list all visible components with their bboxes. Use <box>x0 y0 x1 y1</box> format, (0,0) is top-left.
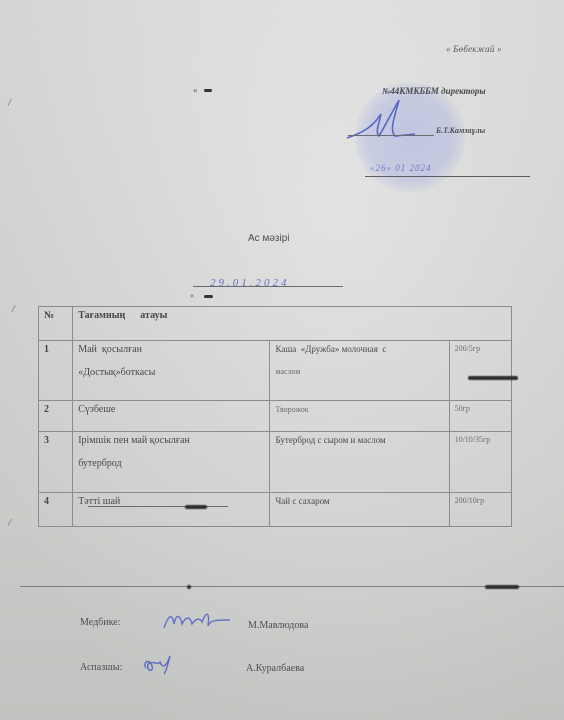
director-signature-icon <box>345 96 425 146</box>
document-title: Ас мәзірі <box>248 233 289 244</box>
signature-line <box>348 135 434 136</box>
approval-date: «26» 01 2024 <box>370 163 432 173</box>
portion-size: 10/10/35гр <box>449 432 511 493</box>
row-number: 2 <box>39 401 73 432</box>
approval-organization: « Бөбекжай » <box>446 44 502 54</box>
row-number: 3 <box>39 432 73 493</box>
dish-name-kk: Май қосылған«Достық»боткасы <box>73 341 270 401</box>
table-row: 1 Май қосылған«Достық»боткасы Каша «Друж… <box>39 341 512 401</box>
approval-role: №44КМКББМ директоры <box>382 86 486 96</box>
header-number: № <box>39 307 73 341</box>
cook-name: А.Куралбаева <box>246 663 304 674</box>
portion-size: 50гр <box>449 401 511 432</box>
margin-mark: / <box>8 98 11 109</box>
divider-line <box>20 586 564 587</box>
dish-name-ru: Бутерброд с сыром и маслом <box>270 432 449 493</box>
menu-quote-mark: « <box>190 291 213 300</box>
dish-name-kk: Тәтті шай <box>73 493 270 527</box>
ink-smudge <box>485 585 519 589</box>
nurse-signature-icon <box>160 606 232 634</box>
approval-signatory: Б.Т.Камзаұлы <box>436 126 485 135</box>
approval-quote-mark: « <box>193 85 212 95</box>
cook-signature-icon <box>140 652 176 676</box>
table-row: 3 Ірімшік пен май қосылғанбутерброд Буте… <box>39 432 512 493</box>
menu-table: № Тағамның атауы 1 Май қосылған«Достық»б… <box>38 306 512 527</box>
margin-mark: / <box>12 304 15 315</box>
ink-dot <box>187 585 191 589</box>
dish-name-kk: Сүзбеше <box>73 401 270 432</box>
margin-mark: / <box>8 518 11 529</box>
table-header-row: № Тағамның атауы <box>39 307 512 341</box>
dish-name-ru: Творожок <box>270 401 449 432</box>
table-row: 4 Тәтті шай Чай с сахаром 200/10гр <box>39 493 512 527</box>
dish-name-ru: Каша «Дружба» молочная смаслом <box>270 341 449 401</box>
row-number: 4 <box>39 493 73 527</box>
ink-smudge <box>185 505 207 509</box>
nurse-name: М.Мавлюдова <box>248 620 308 631</box>
ink-smudge <box>468 376 518 380</box>
nurse-label: Медбике: <box>80 617 120 628</box>
table-row: 2 Сүзбеше Творожок 50гр <box>39 401 512 432</box>
header-dish-name: Тағамның атауы <box>73 307 512 341</box>
approval-date-line <box>365 176 530 177</box>
cook-label: Аспазшы: <box>80 662 122 673</box>
dish-name-ru: Чай с сахаром <box>270 493 449 527</box>
dish-name-kk: Ірімшік пен май қосылғанбутерброд <box>73 432 270 493</box>
portion-size: 200/5гр <box>449 341 511 401</box>
row-number: 1 <box>39 341 73 401</box>
menu-date: 29.01.2024 <box>210 277 290 289</box>
portion-size: 200/10гр <box>449 493 511 527</box>
menu-date-line <box>193 286 343 287</box>
strike-line <box>88 506 228 507</box>
